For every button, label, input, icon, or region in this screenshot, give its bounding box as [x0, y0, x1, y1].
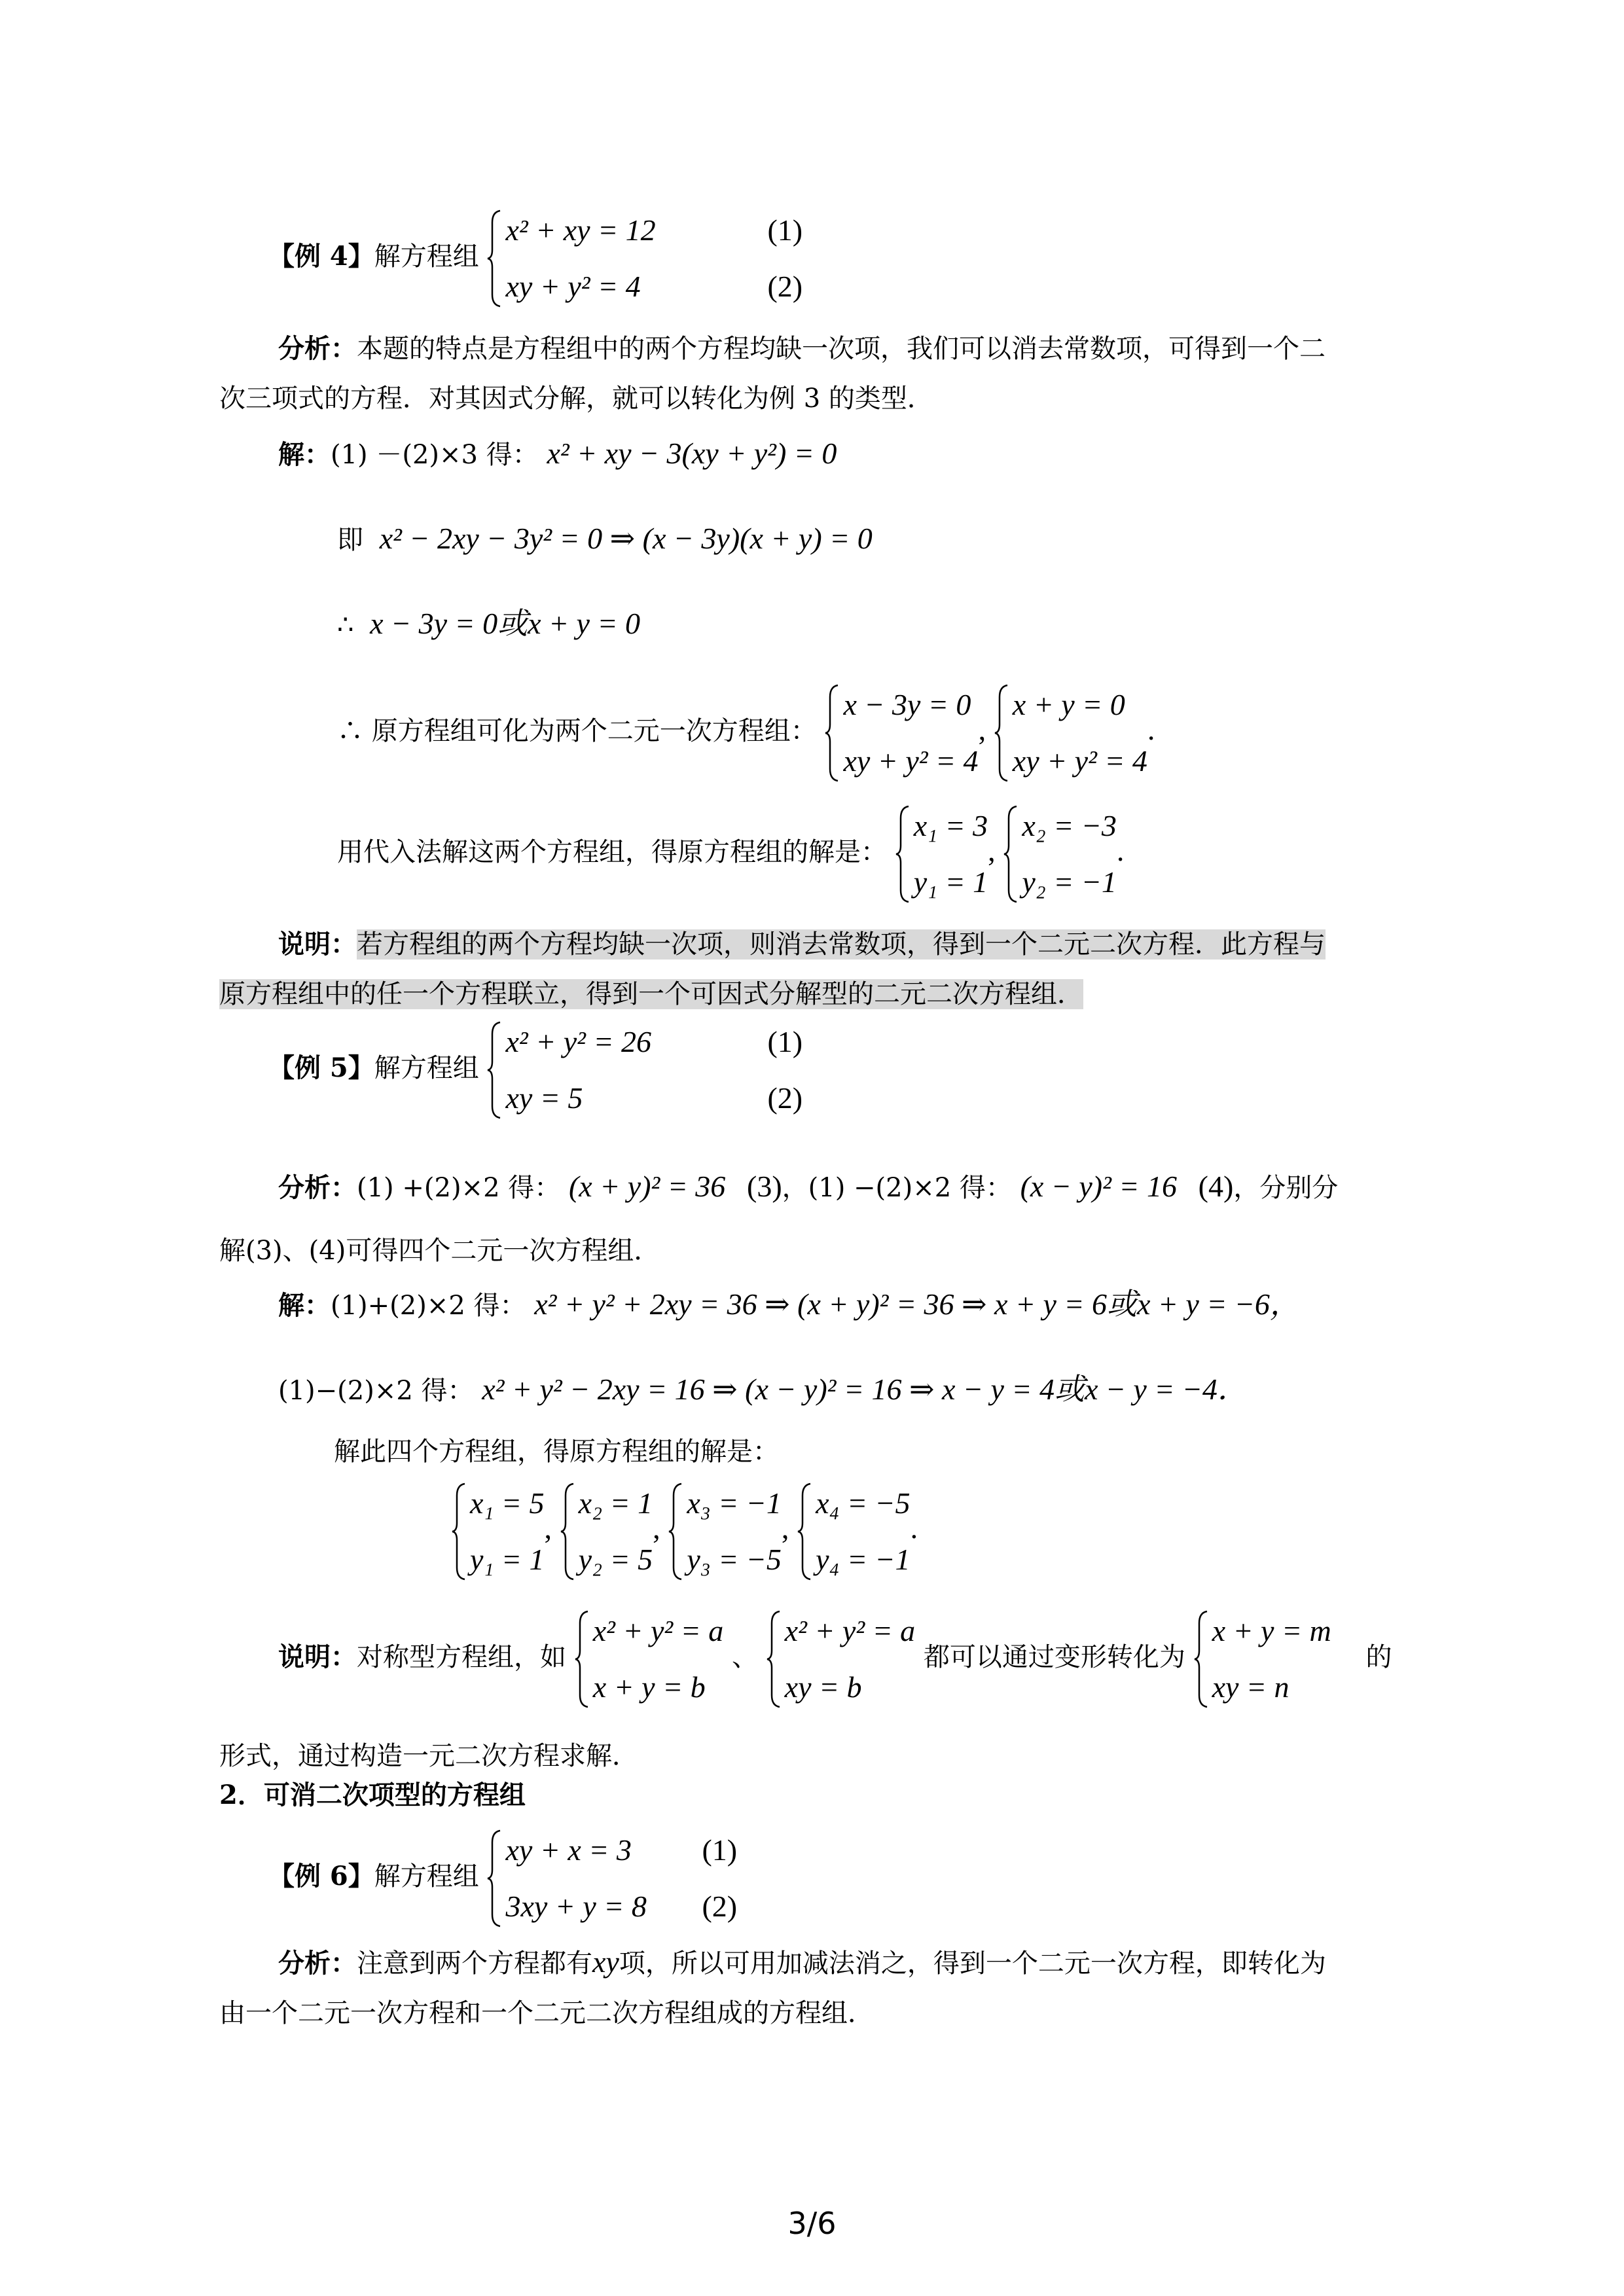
- analysis-line2: 解(3)、(4)可得四个二元一次方程组．: [219, 1236, 660, 1266]
- system-line: x₂ = 1: [579, 1482, 653, 1524]
- example-6-eq1-tag: (1): [702, 1829, 737, 1871]
- solution-label: 解：: [278, 1290, 331, 1321]
- example-6-label: 【例 6】: [268, 1861, 374, 1892]
- example-4-eq1-tag: (1): [767, 209, 803, 251]
- system-line: x + y = 0: [1013, 684, 1147, 726]
- example-6-statement: 【例 6】解方程组 xy + x = 3(1) 3xy + y = 8(2): [268, 1829, 737, 1928]
- left-brace-icon: [767, 1610, 781, 1708]
- example-4-eq1: x² + xy = 12: [505, 209, 767, 251]
- system-line: x₃ = −1: [687, 1482, 782, 1524]
- example-5-eq2: xy = 5: [505, 1077, 767, 1119]
- example-5-eq1: x² + y² = 26: [505, 1021, 767, 1063]
- system-line: y₁ = 1: [914, 861, 988, 903]
- analysis-part2: ，(1) −(2)×2 得：: [782, 1173, 1012, 1203]
- example-5-eq2-tag: (2): [767, 1077, 803, 1119]
- left-brace-icon: [895, 805, 910, 903]
- step2-math: x² − 2xy − 3y² = 0 ⇒ (x − 3y)(x + y) = 0: [380, 522, 873, 555]
- note-separator: 、: [732, 1642, 758, 1672]
- left-brace-icon: [487, 1829, 501, 1928]
- solution-system-1: x₁ = 5y₁ = 1: [452, 1482, 544, 1581]
- step2-prefix: (1)−(2)×2 得：: [278, 1376, 474, 1406]
- system-line: x₁ = 5: [470, 1482, 544, 1524]
- analysis-label: 分析：: [278, 1948, 357, 1979]
- example-5-note: 说明：对称型方程组，如 x² + y² = ax + y = b 、 x² + …: [278, 1610, 1392, 1708]
- analysis-math2: (x − y)² = 16: [1020, 1170, 1177, 1203]
- left-brace-icon: [487, 1021, 501, 1119]
- example-4-solution-step5: 用代入法解这两个方程组，得原方程组的解是： x₁ = 3y₁ = 1 , x₂ …: [337, 805, 1124, 903]
- analysis-math1: (x + y)² = 36: [569, 1170, 725, 1203]
- note-text1: 对称型方程组，如: [357, 1642, 566, 1672]
- system-line: xy = b: [785, 1666, 916, 1708]
- analysis-text-line2: 次三项式的方程．对其因式分解，就可以转化为例 3 的类型．: [219, 384, 933, 414]
- example-6-eq1: xy + x = 3: [505, 1829, 702, 1871]
- step1-prefix: (1) －(2)×3 得：: [331, 440, 539, 470]
- example-4-solution-step4: ∴ 原方程组可化为两个二元一次方程组： x − 3y = 0xy + y² = …: [337, 684, 1155, 782]
- example-6-eq2: 3xy + y = 8: [505, 1886, 702, 1928]
- analysis-text-b: 项，所以可用加减法消之，得到一个二元一次方程，即转化为: [619, 1948, 1326, 1979]
- example-4-system: x² + xy = 12(1) xy + y² = 4(2): [487, 209, 803, 308]
- example-5-statement: 【例 5】解方程组 x² + y² = 26(1) xy = 5(2): [268, 1021, 803, 1119]
- note-system-3: x + y = mxy = n: [1194, 1610, 1331, 1708]
- example-6-eq2-tag: (2): [702, 1886, 737, 1928]
- section-heading-text: 2．可消二次项型的方程组: [219, 1780, 526, 1810]
- example-4-analysis: 分析：本题的特点是方程组中的两个方程均缺一次项，我们可以消去常数项，可得到一个二…: [219, 324, 1424, 423]
- system-line: x + y = b: [593, 1666, 724, 1708]
- analysis-label: 分析：: [278, 333, 357, 364]
- solution-system-4: x₄ = −5y₄ = −1: [797, 1482, 911, 1581]
- system-line: y₃ = −5: [687, 1539, 782, 1581]
- left-brace-icon: [994, 684, 1009, 782]
- section-2-heading: 2．可消二次项型的方程组: [219, 1777, 526, 1814]
- left-brace-icon: [1003, 805, 1018, 903]
- analysis-text-a: 注意到两个方程都有: [357, 1948, 592, 1979]
- example-4-statement: 【例 4】解方程组 x² + xy = 12(1) xy + y² = 4(2): [268, 209, 803, 308]
- therefore-icon: ∴: [337, 610, 353, 640]
- left-brace-icon: [487, 209, 501, 308]
- example-4-prompt: 解方程组: [374, 242, 479, 272]
- example-6-analysis: 分析：注意到两个方程都有xy项，所以可用加减法消之，得到一个二元一次方程，即转化…: [219, 1937, 1424, 2038]
- example-5-solution-step2: (1)−(2)×2 得： x² + y² − 2xy = 16 ⇒ (x − y…: [278, 1371, 1248, 1409]
- left-brace-icon: [797, 1482, 812, 1581]
- solution-system-2: x₂ = −3y₂ = −1: [1003, 805, 1117, 903]
- example-6-prompt: 解方程组: [374, 1861, 479, 1892]
- note-text3: 的: [1365, 1642, 1392, 1672]
- system-line: xy + y² = 4: [1013, 740, 1147, 782]
- example-4-solution-step3: ∴ x − 3y = 0或x + y = 0: [337, 605, 640, 643]
- example-4-label: 【例 4】: [268, 241, 374, 272]
- left-brace-icon: [575, 1610, 589, 1708]
- system-line: x + y = m: [1212, 1610, 1331, 1652]
- document-page: 【例 4】解方程组 x² + xy = 12(1) xy + y² = 4(2)…: [0, 0, 1624, 2296]
- system-line: x² + y² = a: [593, 1610, 724, 1652]
- step5-prefix: 用代入法解这两个方程组，得原方程组的解是：: [337, 837, 887, 867]
- system-line: y₂ = −1: [1022, 861, 1117, 903]
- step2-prefix: 即: [337, 525, 363, 555]
- left-brace-icon: [452, 1482, 466, 1581]
- note-highlight-line2: 原方程组中的任一个方程联立，得到一个可因式分解型的二元二次方程组．: [219, 979, 1083, 1009]
- solution-system-1: x₁ = 3y₁ = 1: [895, 805, 988, 903]
- analysis-tag1: (3): [747, 1170, 782, 1203]
- system-line: xy + y² = 4: [843, 740, 978, 782]
- example-5-solution-step3: 解此四个方程组，得原方程组的解是：: [334, 1433, 779, 1470]
- example-4-note: 说明：若方程组的两个方程均缺一次项，则消去常数项，得到一个二元二次方程．此方程与…: [219, 920, 1424, 1019]
- system-line: x − 3y = 0: [843, 684, 978, 726]
- note-text2: 都可以通过变形转化为: [924, 1642, 1185, 1672]
- system-line: xy = n: [1212, 1666, 1331, 1708]
- note-highlight-line1: 若方程组的两个方程均缺一次项，则消去常数项，得到一个二元二次方程．此方程与: [357, 929, 1326, 960]
- analysis-part3: ，分别分: [1233, 1173, 1338, 1203]
- solution-system-3: x₃ = −1y₃ = −5: [668, 1482, 782, 1581]
- left-brace-icon: [560, 1482, 575, 1581]
- step1-math: x² + y² + 2xy = 36 ⇒ (x + y)² = 36 ⇒ x +…: [534, 1287, 1300, 1321]
- step3-text: 解此四个方程组，得原方程组的解是：: [334, 1437, 779, 1467]
- example-4-solution-step2: 即 x² − 2xy − 3y² = 0 ⇒ (x − 3y)(x + y) =…: [337, 520, 873, 558]
- left-brace-icon: [1194, 1610, 1208, 1708]
- example-4-eq2: xy + y² = 4: [505, 266, 767, 308]
- example-5-eq1-tag: (1): [767, 1021, 803, 1063]
- solution-label: 解：: [278, 439, 331, 470]
- left-brace-icon: [668, 1482, 683, 1581]
- example-6-system: xy + x = 3(1) 3xy + y = 8(2): [487, 1829, 737, 1928]
- system-line: y₁ = 1: [470, 1539, 544, 1581]
- example-4-solution-step1: 解：(1) －(2)×3 得： x² + xy − 3(xy + y²) = 0: [278, 435, 837, 473]
- step4-prefix: ∴ 原方程组可化为两个二元一次方程组：: [337, 716, 817, 746]
- example-5-note-line2: 形式，通过构造一元二次方程求解．: [219, 1738, 638, 1774]
- system-line: y₂ = 5: [579, 1539, 653, 1581]
- example-5-prompt: 解方程组: [374, 1053, 479, 1083]
- note-line2: 形式，通过构造一元二次方程求解．: [219, 1741, 638, 1771]
- analysis-label: 分析：: [278, 1172, 357, 1203]
- step1-prefix: (1)+(2)×2 得：: [331, 1291, 526, 1321]
- system-line: x₁ = 3: [914, 805, 988, 847]
- solution-system-2: x₂ = 1y₂ = 5: [560, 1482, 653, 1581]
- analysis-tag2: (4): [1199, 1170, 1234, 1203]
- system-line: x₂ = −3: [1022, 805, 1117, 847]
- note-label: 说明：: [278, 1641, 357, 1672]
- step4-system-1: x − 3y = 0xy + y² = 4: [825, 684, 978, 782]
- step3-math: x − 3y = 0或x + y = 0: [370, 607, 640, 640]
- analysis-text-line1: 本题的特点是方程组中的两个方程均缺一次项，我们可以消去常数项，可得到一个二: [357, 334, 1326, 364]
- left-brace-icon: [825, 684, 839, 782]
- system-line: x² + y² = a: [785, 1610, 916, 1652]
- analysis-text-line2: 由一个二元一次方程和一个二元二次方程组成的方程组．: [219, 1998, 874, 2028]
- system-line: y₄ = −1: [816, 1539, 911, 1581]
- step4-system-2: x + y = 0xy + y² = 4: [994, 684, 1147, 782]
- step2-math: x² + y² − 2xy = 16 ⇒ (x − y)² = 16 ⇒ x −…: [482, 1372, 1248, 1406]
- example-5-analysis: 分析：(1) +(2)×2 得： (x + y)² = 36 (3)，(1) −…: [219, 1155, 1424, 1282]
- note-system-2: x² + y² = axy = b: [767, 1610, 916, 1708]
- analysis-part1: (1) +(2)×2 得：: [357, 1173, 560, 1203]
- step1-math: x² + xy − 3(xy + y²) = 0: [547, 437, 837, 470]
- page-number: 3/6: [0, 2206, 1624, 2241]
- note-system-1: x² + y² = ax + y = b: [575, 1610, 724, 1708]
- example-5-system: x² + y² = 26(1) xy = 5(2): [487, 1021, 803, 1119]
- example-5-solutions: x₁ = 5y₁ = 1 , x₂ = 1y₂ = 5 , x₃ = −1y₃ …: [452, 1482, 918, 1581]
- note-label: 说明：: [278, 929, 357, 960]
- example-4-eq2-tag: (2): [767, 266, 803, 308]
- example-5-label: 【例 5】: [268, 1052, 374, 1083]
- system-line: x₄ = −5: [816, 1482, 911, 1524]
- example-5-solution-step1: 解：(1)+(2)×2 得： x² + y² + 2xy = 36 ⇒ (x +…: [278, 1286, 1300, 1324]
- analysis-math: xy: [592, 1945, 619, 1979]
